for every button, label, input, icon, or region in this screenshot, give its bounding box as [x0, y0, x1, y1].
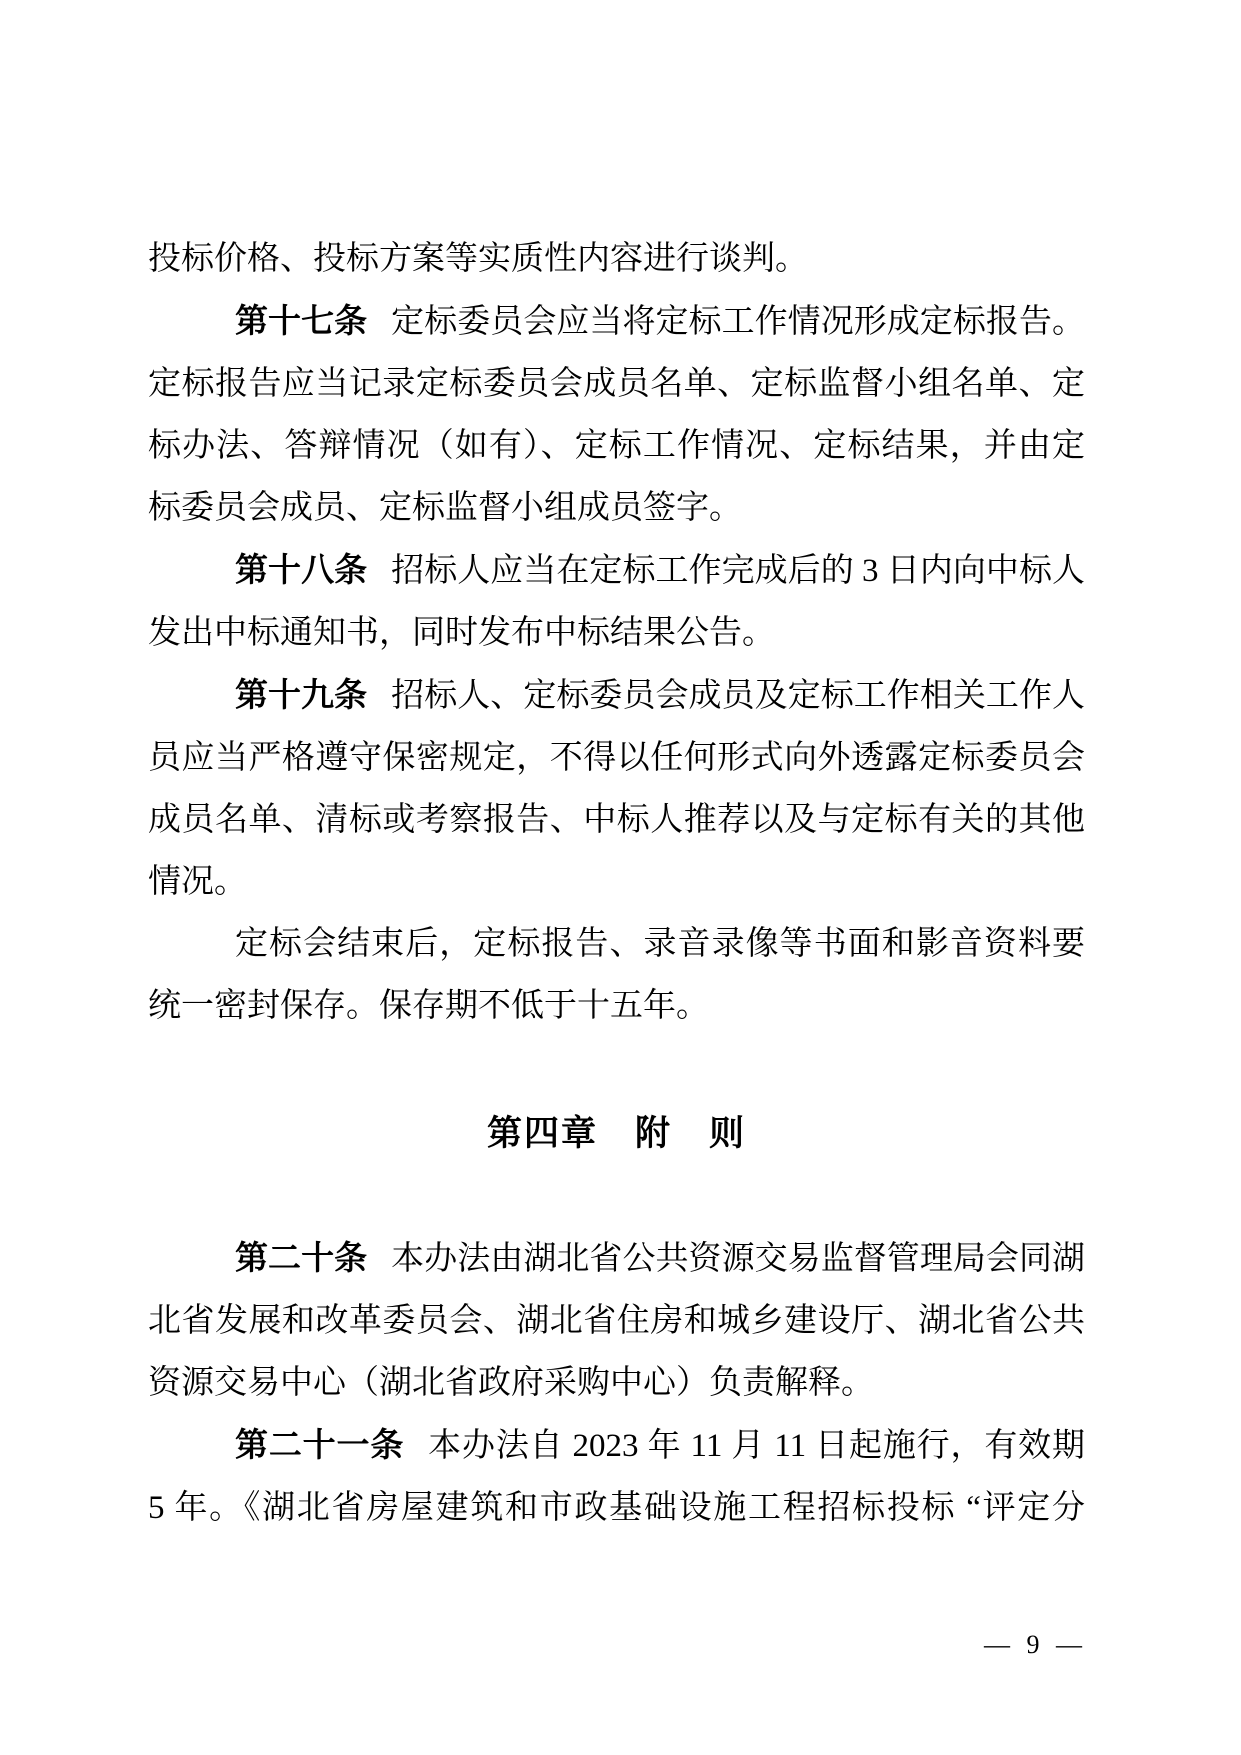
article-number: 第十八条 [235, 551, 367, 588]
document-body: 投标价格、投标方案等实质性内容进行谈判。第十七条定标委员会应当将定标工作情况形成… [148, 0, 1085, 1539]
article-paragraph: 第二十一条本办法自 2023 年 11 月 11 日起施行，有效期 5 年。《湖… [148, 1414, 1085, 1539]
article-number: 第十七条 [235, 302, 367, 339]
body-paragraph: 投标价格、投标方案等实质性内容进行谈判。 [148, 228, 1085, 290]
article-number: 第二十条 [235, 1239, 367, 1276]
article-paragraph: 第十九条招标人、定标委员会成员及定标工作相关工作人员应当严格遵守保密规定，不得以… [148, 664, 1085, 913]
article-number: 第二十一条 [235, 1426, 404, 1463]
article-paragraph: 第十七条定标委员会应当将定标工作情况形成定标报告。定标报告应当记录定标委员会成员… [148, 290, 1085, 539]
article-number: 第十九条 [235, 676, 367, 713]
body-paragraph: 定标会结束后，定标报告、录音录像等书面和影音资料要统一密封保存。保存期不低于十五… [148, 913, 1085, 1037]
document-page: 投标价格、投标方案等实质性内容进行谈判。第十七条定标委员会应当将定标工作情况形成… [0, 0, 1241, 1755]
article-paragraph: 第十八条招标人应当在定标工作完成后的 3 日内向中标人发出中标通知书，同时发布中… [148, 539, 1085, 664]
article-paragraph: 第二十条本办法由湖北省公共资源交易监督管理局会同湖北省发展和改革委员会、湖北省住… [148, 1227, 1085, 1414]
page-number: — 9 — [984, 1630, 1087, 1660]
chapter-heading: 第四章 附 则 [148, 1103, 1085, 1165]
